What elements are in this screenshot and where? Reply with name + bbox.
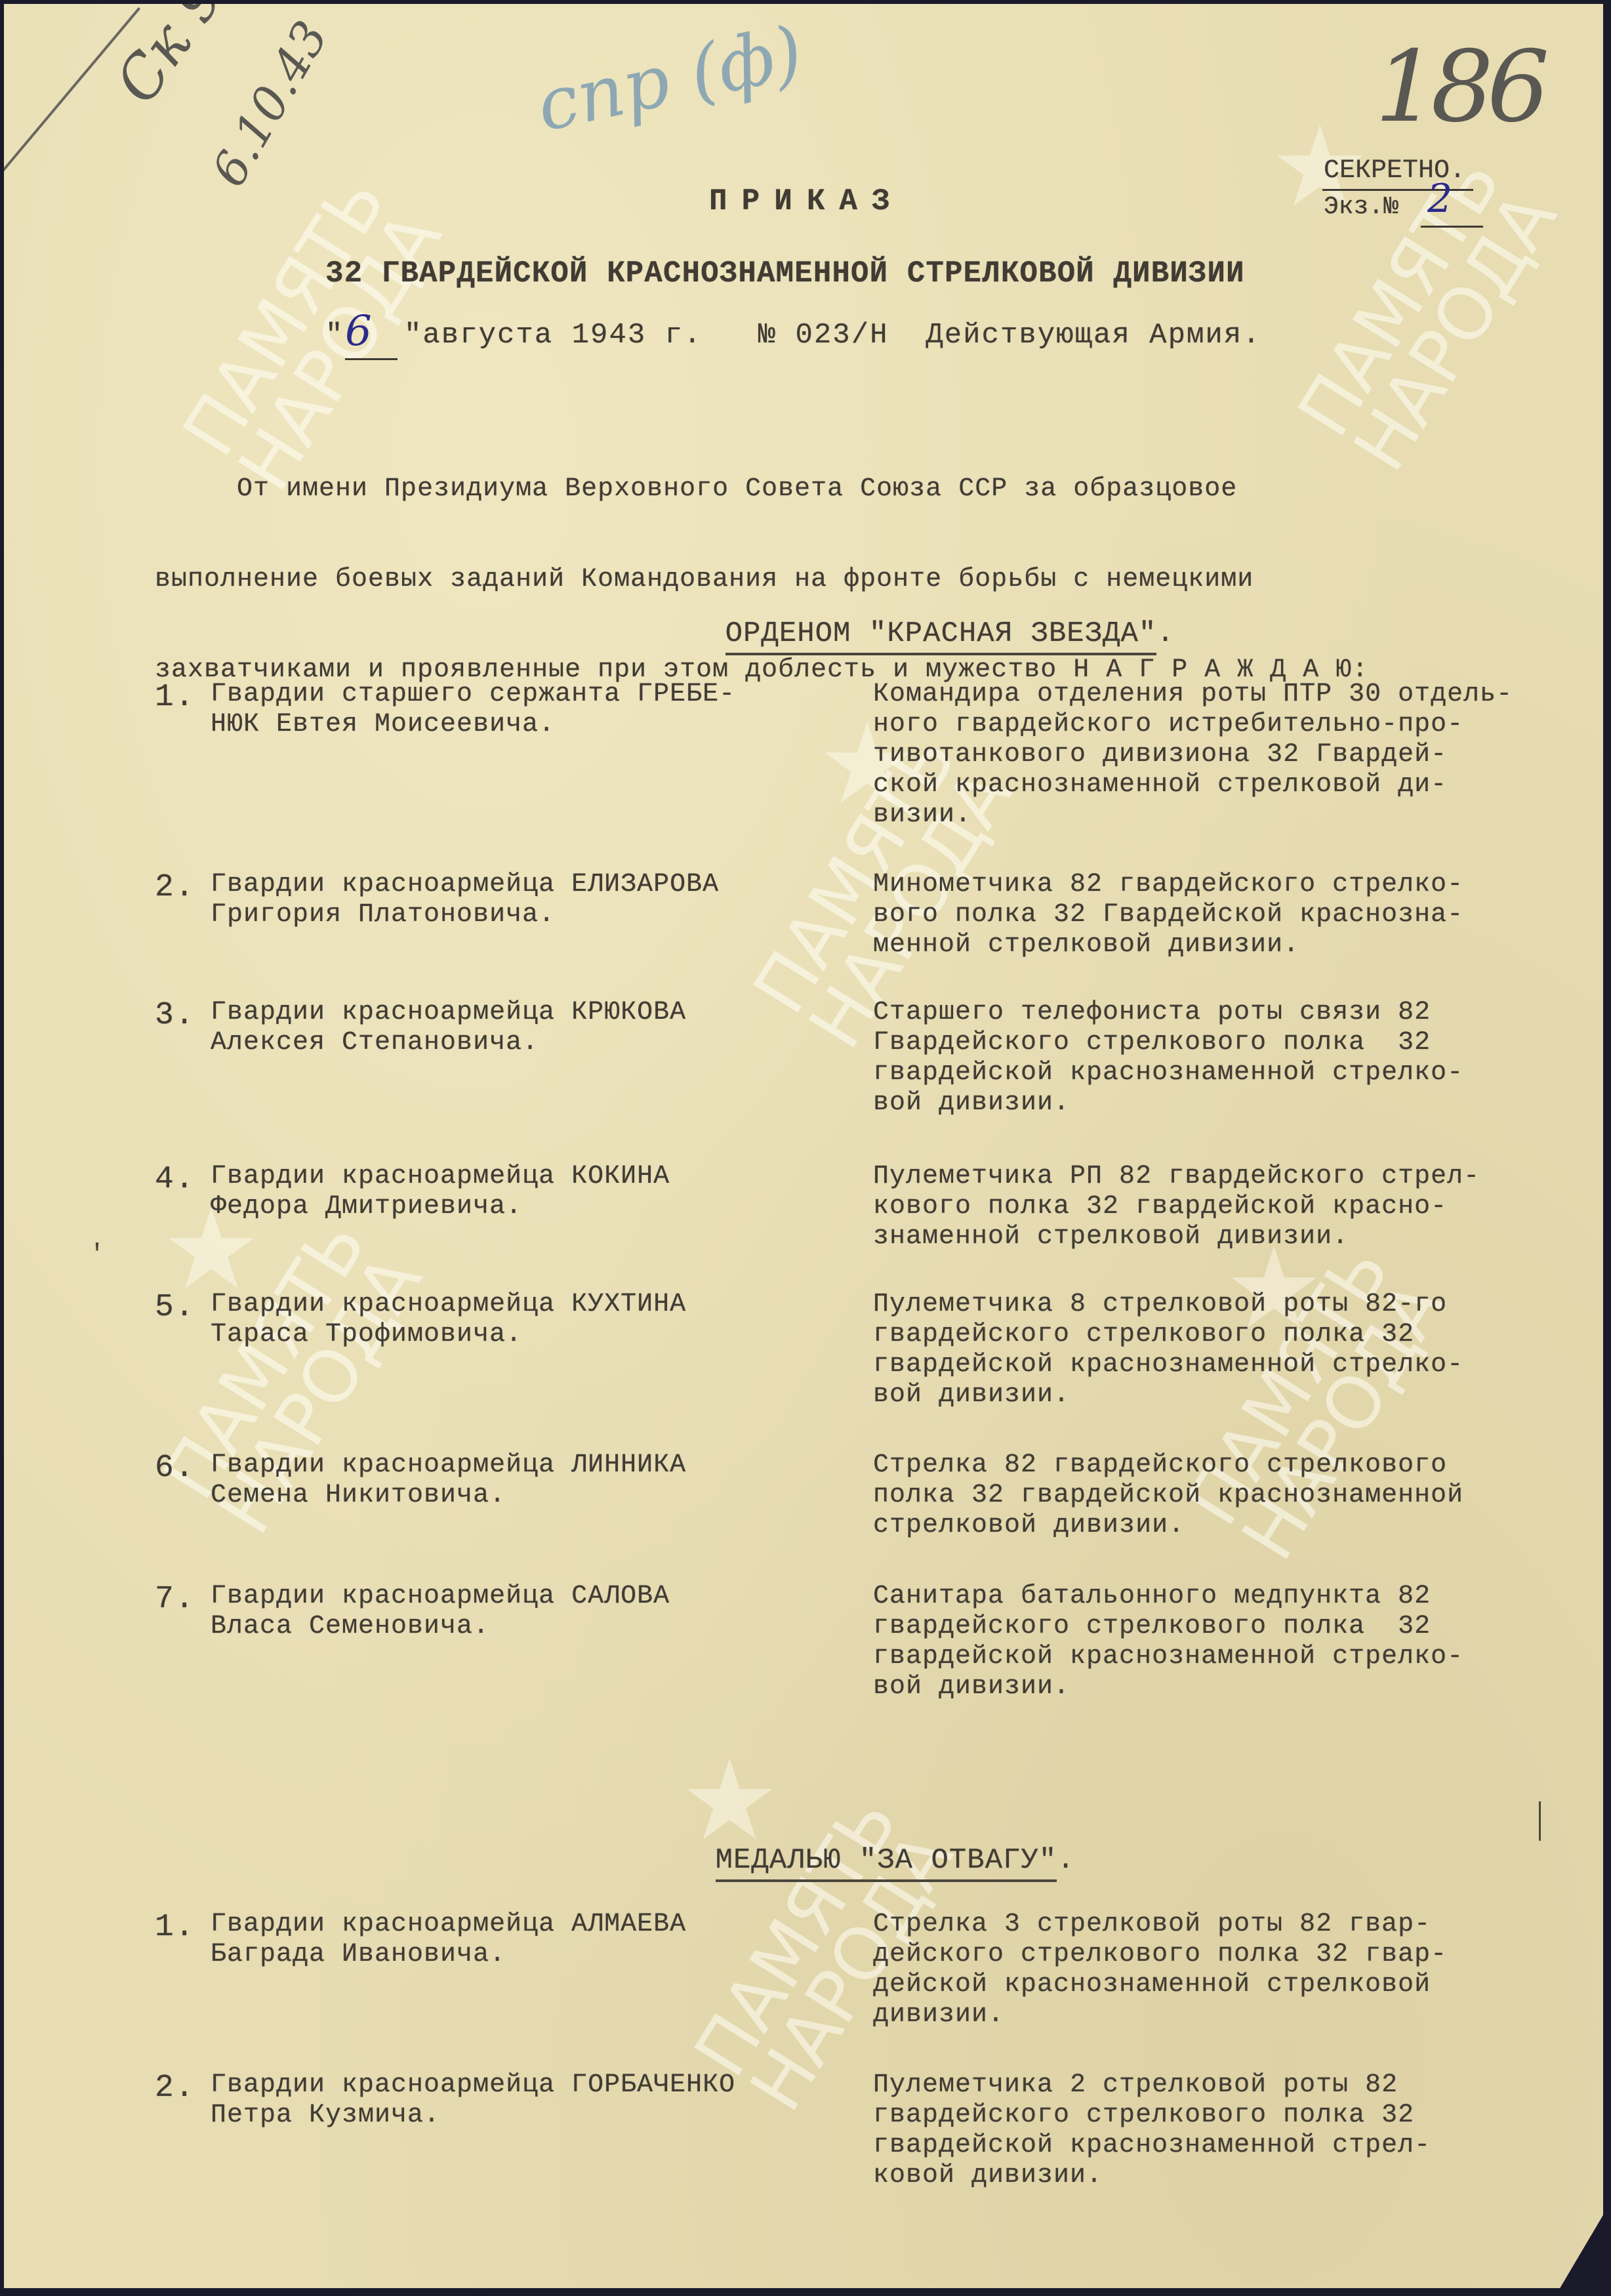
award-entry: 2. Гвардии красноармейца ГОРБАЧЕНКОПетра… (155, 2070, 1565, 2218)
position-line: менной стрелковой дивизии. (873, 930, 1463, 960)
handwritten-reference: Ск 98 (102, 0, 258, 115)
document-title: ПРИКАЗ (709, 184, 905, 218)
position-line: Санитара батальонного медпункта 82 (873, 1582, 1463, 1612)
entry-position: Пулеметчика РП 82 гвардейского стрел-ков… (873, 1162, 1480, 1252)
entry-position: Старшего телефониста роты связи 82Гварде… (873, 998, 1463, 1118)
position-line: вой дивизии. (873, 1088, 1463, 1118)
position-line: знаменной стрелковой дивизии. (873, 1222, 1480, 1252)
position-line: гвардейской краснознаменной стрелко- (873, 1642, 1463, 1672)
entry-number: 4. (155, 1162, 195, 1197)
entry-name: Гвардии красноармейца САЛОВАВласа Семено… (211, 1582, 670, 1642)
handwritten-note: спр (ф) (529, 10, 809, 148)
position-line: гвардейского стрелкового полка 32 (873, 1612, 1463, 1642)
copy-label: Экз.№ (1324, 193, 1398, 221)
name-line: Алексея Степановича. (211, 1028, 686, 1058)
position-line: Стрелка 82 гвардейского стрелкового (873, 1450, 1463, 1481)
order-date-number: "августа 1943 г. № 023/Н Действующая Арм… (404, 319, 1261, 352)
entry-name: Гвардии красноармейца ЛИННИКАСемена Ники… (211, 1450, 686, 1511)
entry-number: 3. (155, 998, 195, 1033)
document-page: ★ ПАМЯТЬ НАРОДА ПАМЯТЬ НАРОДА ★ ПАМЯТЬ Н… (4, 4, 1603, 2288)
position-line: дейской краснознаменной стрелковой (873, 1970, 1447, 2000)
section-heading-text: МЕДАЛЬЮ "ЗА ОТВАГУ" (716, 1844, 1057, 1882)
day-underline (345, 358, 398, 360)
entry-name: Гвардии красноармейца КОКИНАФедора Дмитр… (211, 1162, 670, 1222)
name-line: Гвардии красноармейца САЛОВА (211, 1582, 670, 1612)
name-line: Гвардии старшего сержанта ГРЕБЕ- (211, 680, 735, 710)
entry-position: Пулеметчика 8 стрелковой роты 82-гогвард… (873, 1290, 1463, 1410)
entry-name: Гвардии красноармейца КРЮКОВААлексея Сте… (211, 998, 686, 1058)
entry-position: Стрелка 82 гвардейского стрелковогополка… (873, 1450, 1463, 1541)
name-line: Гвардии красноармейца КРЮКОВА (211, 998, 686, 1028)
position-line: вого полка 32 Гвардейской краснозна- (873, 900, 1463, 930)
name-line: Гвардии красноармейца КОКИНА (211, 1162, 670, 1192)
copy-number-underline (1421, 226, 1483, 228)
position-line: гвардейской краснознаменной стрелко- (873, 1058, 1463, 1088)
entry-position: Командира отделения роты ПТР 30 отдель-н… (873, 680, 1513, 830)
name-line: Власа Семеновича. (211, 1612, 670, 1642)
name-line: Гвардии красноармейца ЕЛИЗАРОВА (211, 870, 719, 900)
position-line: Пулеметчика 2 стрелковой роты 82 (873, 2070, 1431, 2101)
entry-number: 1. (155, 680, 195, 715)
name-line: НЮК Евтея Моисеевича. (211, 710, 735, 740)
name-line: Гвардии красноармейца АЛМАЕВА (211, 1910, 686, 1940)
entry-position: Стрелка 3 стрелковой роты 82 гвар-дейско… (873, 1910, 1447, 2030)
position-line: кового полка 32 гвардейской красно- (873, 1192, 1480, 1222)
position-line: визии. (873, 800, 1513, 830)
entry-number: 7. (155, 1582, 195, 1617)
section-heading-text: ОРДЕНОМ "КРАСНАЯ ЗВЕЗДА" (725, 617, 1157, 655)
position-line: гвардейского стрелкового полка 32 (873, 2101, 1431, 2131)
award-entry: 6. Гвардии красноармейца ЛИННИКАСемена Н… (155, 1450, 1565, 1598)
entry-name: Гвардии красноармейца ГОРБАЧЕНКОПетра Ку… (211, 2070, 735, 2131)
position-line: Командира отделения роты ПТР 30 отдель- (873, 680, 1513, 710)
award-entry: 4. Гвардии красноармейца КОКИНАФедора Дм… (155, 1162, 1565, 1309)
award-entry: 3. Гвардии красноармейца КРЮКОВААлексея … (155, 998, 1565, 1145)
name-line: Федора Дмитриевича. (211, 1192, 670, 1222)
entry-name: Гвардии красноармейца АЛМАЕВАБаграда Ива… (211, 1910, 686, 1970)
entry-name: Гвардии красноармейца ЕЛИЗАРОВАГригория … (211, 870, 719, 930)
award-entry: 1. Гвардии старшего сержанта ГРЕБЕ-НЮК Е… (155, 680, 1565, 827)
heading-suffix: . (1156, 617, 1174, 650)
section-heading-red-star: ОРДЕНОМ "КРАСНАЯ ЗВЕЗДА". (653, 584, 1175, 683)
award-entry: 2. Гвардии красноармейца ЕЛИЗАРОВАГригор… (155, 870, 1565, 1017)
handwritten-date: 6.10.43 (201, 12, 338, 195)
position-line: Минометчика 82 гвардейского стрелко- (873, 870, 1463, 900)
heading-suffix: . (1057, 1844, 1074, 1877)
preamble-line: От имени Президиума Верховного Совета Со… (155, 474, 1368, 504)
entry-number: 1. (155, 1910, 195, 1945)
position-line: дивизии. (873, 2000, 1447, 2030)
position-line: ного гвардейского истребительно-про- (873, 710, 1513, 740)
position-line: Пулеметчика 8 стрелковой роты 82-го (873, 1290, 1463, 1320)
position-line: ковой дивизии. (873, 2161, 1431, 2191)
name-line: Григория Платоновича. (211, 900, 719, 930)
name-line: Гвардии красноармейца КУХТИНА (211, 1290, 686, 1320)
date-open-quote: " (325, 319, 344, 352)
entry-position: Минометчика 82 гвардейского стрелко-вого… (873, 870, 1463, 960)
order-day: 6 (345, 307, 372, 356)
position-line: стрелковой дивизии. (873, 1511, 1463, 1541)
award-entry: 5. Гвардии красноармейца КУХТИНАТараса Т… (155, 1290, 1565, 1437)
name-line: Гвардии красноармейца ГОРБАЧЕНКО (211, 2070, 735, 2101)
margin-mark (1539, 1801, 1541, 1841)
name-line: Петра Кузмича. (211, 2101, 735, 2131)
entry-name: Гвардии старшего сержанта ГРЕБЕ-НЮК Евте… (211, 680, 735, 740)
position-line: тивотанкового дивизиона 32 Гвардей- (873, 740, 1513, 770)
position-line: Пулеметчика РП 82 гвардейского стрел- (873, 1162, 1480, 1192)
position-line: Гвардейского стрелкового полка 32 (873, 1028, 1463, 1058)
entry-number: 6. (155, 1450, 195, 1486)
entry-position: Санитара батальонного медпункта 82гварде… (873, 1582, 1463, 1702)
sheet-number: 186 (1375, 30, 1543, 144)
position-line: вой дивизии. (873, 1672, 1463, 1702)
position-line: ской краснознаменной стрелковой ди- (873, 770, 1513, 800)
position-line: гвардейской краснознаменной стрел- (873, 2131, 1431, 2161)
name-line: Семена Никитовича. (211, 1481, 686, 1511)
position-line: Старшего телефониста роты связи 82 (873, 998, 1463, 1028)
position-line: гвардейской краснознаменной стрелко- (873, 1350, 1463, 1380)
position-line: гвардейского стрелкового полка 32 (873, 1320, 1463, 1350)
award-entry: 7. Гвардии красноармейца САЛОВАВласа Сем… (155, 1582, 1565, 1729)
position-line: дейского стрелкового полка 32 гвар- (873, 1940, 1447, 1970)
position-line: Стрелка 3 стрелковой роты 82 гвар- (873, 1910, 1447, 1940)
position-line: вой дивизии. (873, 1380, 1463, 1410)
pencil-strike-line (0, 7, 140, 291)
margin-mark: ′ (89, 1240, 105, 1270)
entry-number: 2. (155, 2070, 195, 2106)
copy-number: 2 (1427, 176, 1452, 222)
name-line: Гвардии красноармейца ЛИННИКА (211, 1450, 686, 1481)
entry-number: 2. (155, 870, 195, 905)
award-entry: 1. Гвардии красноармейца АЛМАЕВАБаграда … (155, 1910, 1565, 2057)
name-line: Тараса Трофимовича. (211, 1320, 686, 1350)
name-line: Баграда Ивановича. (211, 1940, 686, 1970)
position-line: полка 32 гвардейской краснознаменной (873, 1481, 1463, 1511)
entry-name: Гвардии красноармейца КУХТИНАТараса Троф… (211, 1290, 686, 1350)
unit-name: 32 ГВАРДЕЙСКОЙ КРАСНОЗНАМЕННОЙ СТРЕЛКОВО… (325, 256, 1245, 291)
entry-number: 5. (155, 1290, 195, 1325)
section-heading-for-courage: МЕДАЛЬЮ "ЗА ОТВАГУ". (643, 1811, 1075, 1910)
entry-position: Пулеметчика 2 стрелковой роты 82гвардейс… (873, 2070, 1431, 2191)
